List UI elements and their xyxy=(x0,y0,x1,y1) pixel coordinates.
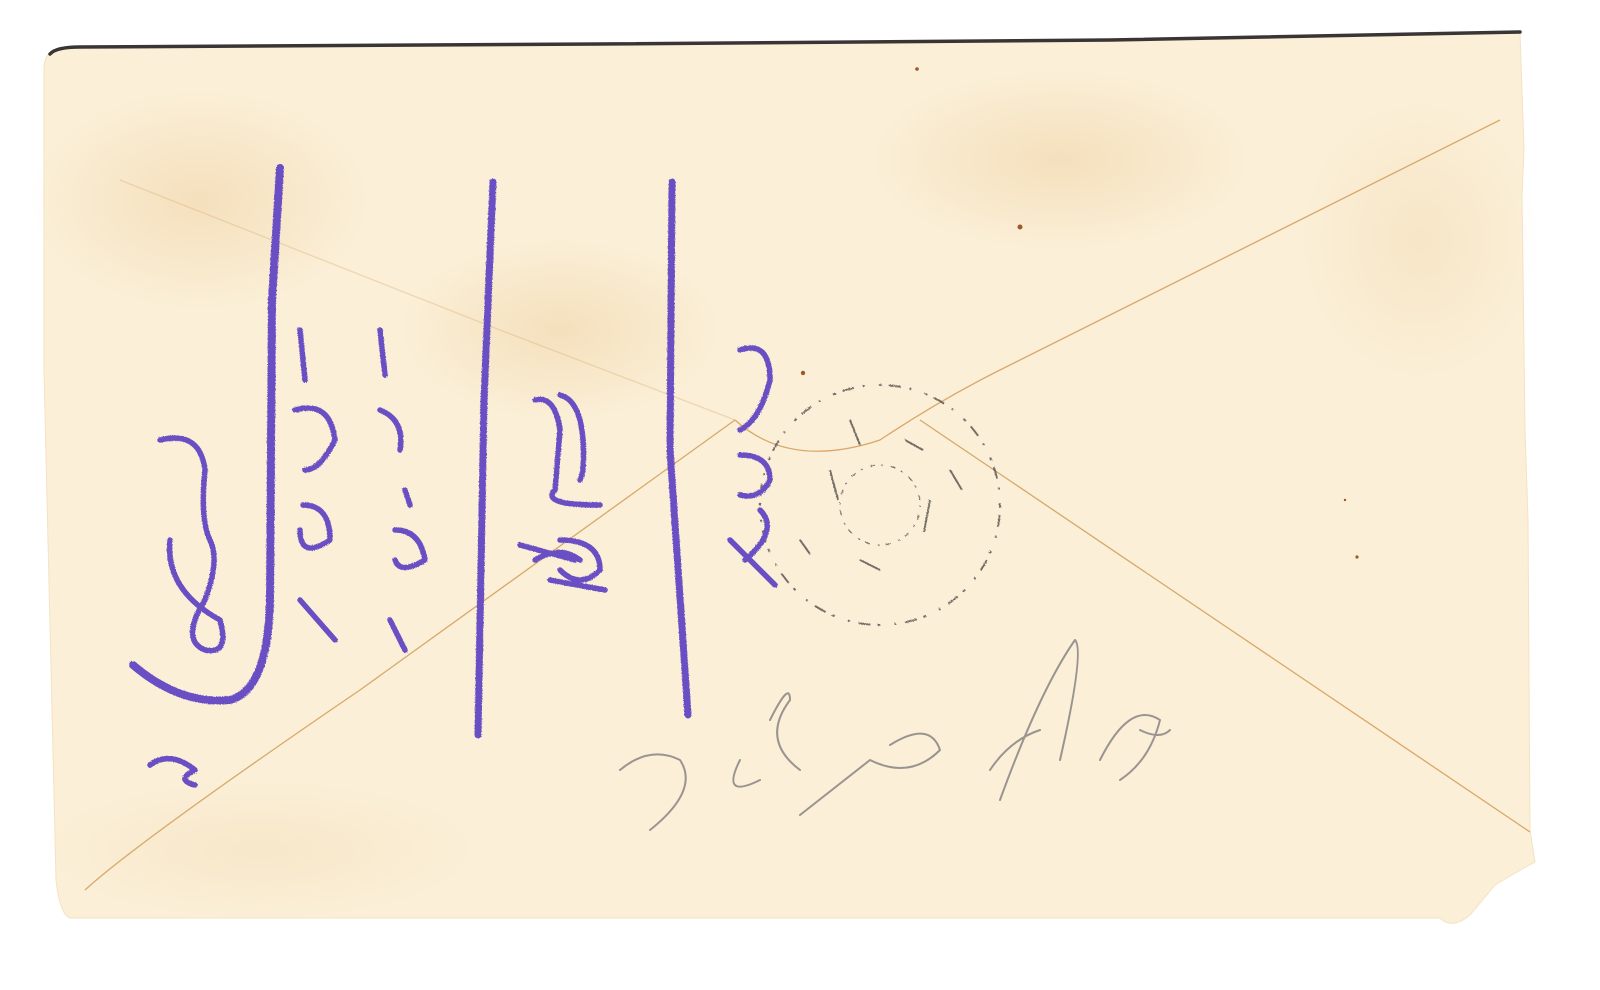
envelope xyxy=(30,32,1540,923)
envelope-photo xyxy=(0,0,1600,990)
